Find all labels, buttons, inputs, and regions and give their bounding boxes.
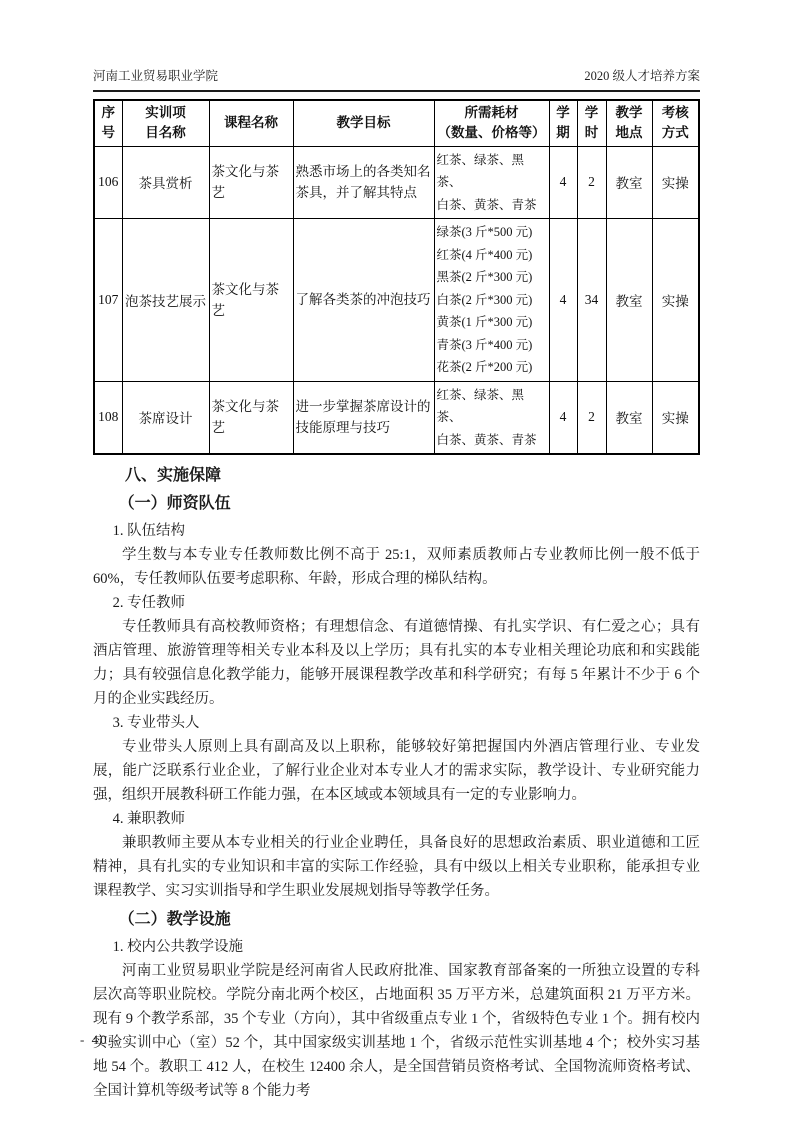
table-row: 108 茶席设计 茶文化与茶 艺 进一步掌握茶席设计的 技能原理与技巧 红茶、绿… [94, 381, 699, 454]
cell-hours: 34 [577, 219, 606, 382]
cell-semester: 4 [549, 146, 577, 219]
col-assessment: 考核 方式 [652, 100, 699, 146]
doc-header: 河南工业贸易职业学院 2020 级人才培养方案 [93, 69, 700, 92]
para-team-structure: 学生数与本专业专任教师数比例不高于 25:1，双师素质教师占专业教师比例一般不低… [93, 543, 700, 591]
item-fulltime-teachers: 2. 专任教师 [93, 591, 700, 615]
cell-hours: 2 [577, 381, 606, 454]
cell-location: 教室 [606, 219, 652, 382]
cell-project: 茶席设计 [122, 381, 209, 454]
body-content: 八、实施保障 （一）师资队伍 1. 队伍结构 学生数与本专业专任教师数比例不高于… [93, 465, 700, 1103]
training-schedule-table: 序 号 实训项 目名称 课程名称 教学目标 所需耗材 （数量、价格等） 学 期 … [93, 99, 700, 455]
cell-goal: 了解各类茶的冲泡技巧 [293, 219, 434, 382]
document-page: 河南工业贸易职业学院 2020 级人才培养方案 序 号 实训项 目名称 课程名称… [0, 0, 793, 1103]
col-no: 序 号 [94, 100, 122, 146]
cell-no: 106 [94, 146, 122, 219]
cell-materials: 红茶、绿茶、黑茶、 白茶、黄茶、青茶 [434, 381, 549, 454]
cell-course: 茶文化与茶 艺 [209, 381, 293, 454]
page-number: - 40 - [80, 1032, 120, 1048]
cell-assessment: 实操 [652, 146, 699, 219]
cell-course: 茶文化与茶 艺 [209, 219, 293, 382]
item-parttime-teachers: 4. 兼职教师 [93, 807, 700, 831]
table-header-row: 序 号 实训项 目名称 课程名称 教学目标 所需耗材 （数量、价格等） 学 期 … [94, 100, 699, 146]
cell-location: 教室 [606, 146, 652, 219]
doc-title: 2020 级人才培养方案 [584, 69, 700, 83]
section-heading-implementation: 八、实施保障 [93, 465, 700, 487]
cell-hours: 2 [577, 146, 606, 219]
col-hours: 学 时 [577, 100, 606, 146]
college-name: 河南工业贸易职业学院 [93, 69, 218, 83]
cell-no: 108 [94, 381, 122, 454]
item-program-leader: 3. 专业带头人 [93, 711, 700, 735]
item-team-structure: 1. 队伍结构 [93, 519, 700, 543]
para-parttime-teachers: 兼职教师主要从本专业相关的行业企业聘任，具备良好的思想政治素质、职业道德和工匠精… [93, 831, 700, 903]
col-project: 实训项 目名称 [122, 100, 209, 146]
item-campus-facilities: 1. 校内公共教学设施 [93, 935, 700, 959]
cell-assessment: 实操 [652, 381, 699, 454]
cell-semester: 4 [549, 219, 577, 382]
para-campus-facilities: 河南工业贸易职业学院是经河南省人民政府批准、国家教育部备案的一所独立设置的专科层… [93, 959, 700, 1103]
table-row: 106 茶具赏析 茶文化与茶 艺 熟悉市场上的各类知名 茶具，并了解其特点 红茶… [94, 146, 699, 219]
para-program-leader: 专业带头人原则上具有副高及以上职称，能够较好第把握国内外酒店管理行业、专业发展，… [93, 735, 700, 807]
para-fulltime-teachers: 专任教师具有高校教师资格；有理想信念、有道德情操、有扎实学识、有仁爱之心；具有酒… [93, 615, 700, 711]
col-materials: 所需耗材 （数量、价格等） [434, 100, 549, 146]
cell-project: 泡茶技艺展示 [122, 219, 209, 382]
cell-goal: 进一步掌握茶席设计的 技能原理与技巧 [293, 381, 434, 454]
subsection-heading-staff: （一）师资队伍 [93, 493, 700, 515]
cell-materials: 红茶、绿茶、黑茶、 白茶、黄茶、青茶 [434, 146, 549, 219]
cell-no: 107 [94, 219, 122, 382]
col-semester: 学 期 [549, 100, 577, 146]
col-goal: 教学目标 [293, 100, 434, 146]
cell-assessment: 实操 [652, 219, 699, 382]
cell-goal: 熟悉市场上的各类知名 茶具，并了解其特点 [293, 146, 434, 219]
col-location: 教学 地点 [606, 100, 652, 146]
table-row: 107 泡茶技艺展示 茶文化与茶 艺 了解各类茶的冲泡技巧 绿茶(3 斤*500… [94, 219, 699, 382]
cell-materials: 绿茶(3 斤*500 元) 红茶(4 斤*400 元) 黑茶(2 斤*300 元… [434, 219, 549, 382]
cell-project: 茶具赏析 [122, 146, 209, 219]
col-course: 课程名称 [209, 100, 293, 146]
cell-course: 茶文化与茶 艺 [209, 146, 293, 219]
cell-location: 教室 [606, 381, 652, 454]
cell-semester: 4 [549, 381, 577, 454]
subsection-heading-facilities: （二）教学设施 [93, 909, 700, 931]
